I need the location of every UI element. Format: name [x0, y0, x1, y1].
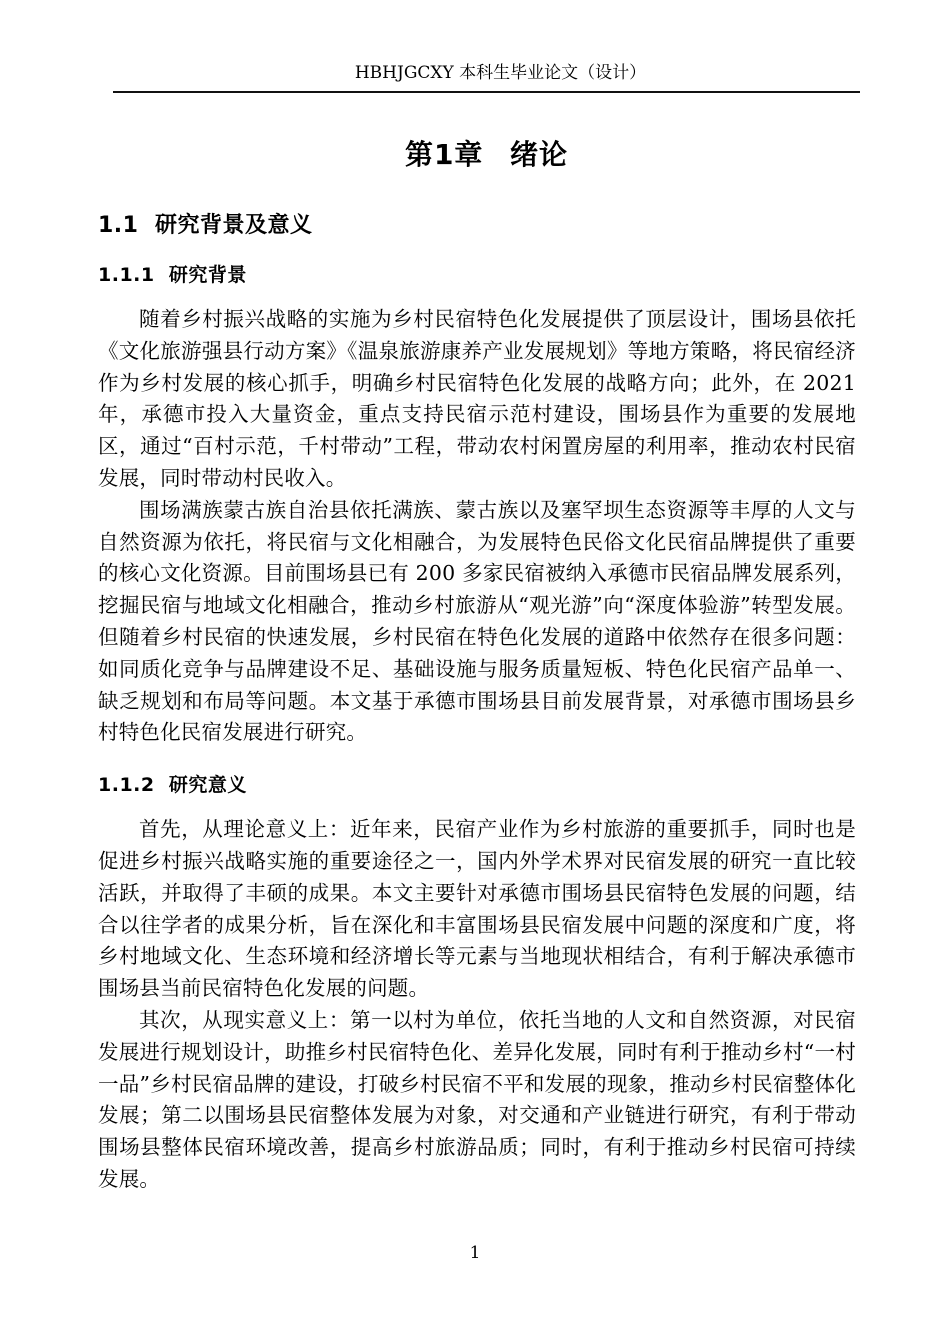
section-title: 研究背景及意义	[155, 213, 313, 238]
body-paragraph: 首先，从理论意义上：近年来，民宿产业作为乡村旅游的重要抓手，同时也是促进乡村振兴…	[98, 814, 856, 1005]
subsection-heading-1-1-2: 1.1.2研究意义	[98, 772, 856, 799]
running-header: HBHJGCXY 本科生毕业论文（设计）	[113, 0, 860, 86]
body-paragraph: 围场满族蒙古族自治县依托满族、蒙古族以及塞罕坝生态资源等丰厚的人文与自然资源为依…	[98, 495, 856, 749]
page-number: 1	[470, 1243, 481, 1263]
body-paragraph: 其次，从现实意义上：第一以村为单位，依托当地的人文和自然资源，对民宿发展进行规划…	[98, 1005, 856, 1196]
section-heading-1-1: 1.1研究背景及意义	[98, 211, 856, 241]
subsection-number: 1.1.1	[98, 264, 155, 286]
significance-paragraphs: 首先，从理论意义上：近年来，民宿产业作为乡村旅游的重要抓手，同时也是促进乡村振兴…	[98, 814, 856, 1196]
body-paragraph: 随着乡村振兴战略的实施为乡村民宿特色化发展提供了顶层设计，围场县依托《文化旅游强…	[98, 304, 856, 495]
chapter-name: 绪论	[510, 138, 568, 171]
chapter-number: 第1章	[405, 138, 483, 171]
section-number: 1.1	[98, 213, 138, 238]
page-footer: 1	[0, 1243, 950, 1263]
document-page: HBHJGCXY 本科生毕业论文（设计） 第1章绪论 1.1研究背景及意义 1.…	[0, 0, 950, 1344]
running-header-title: HBHJGCXY 本科生毕业论文（设计）	[113, 60, 860, 86]
subsection-title: 研究意义	[169, 774, 247, 796]
background-paragraphs: 随着乡村振兴战略的实施为乡村民宿特色化发展提供了顶层设计，围场县依托《文化旅游强…	[98, 304, 856, 749]
header-divider	[113, 91, 860, 93]
subsection-title: 研究背景	[169, 264, 247, 286]
subsection-heading-1-1-1: 1.1.1研究背景	[98, 262, 856, 289]
body-content: 1.1研究背景及意义 1.1.1研究背景 随着乡村振兴战略的实施为乡村民宿特色化…	[98, 211, 856, 1196]
subsection-number: 1.1.2	[98, 774, 155, 796]
chapter-title: 第1章绪论	[113, 137, 860, 173]
